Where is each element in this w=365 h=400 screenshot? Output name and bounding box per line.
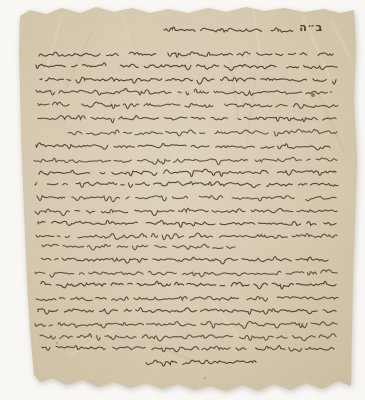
foxing-spot [204, 377, 207, 380]
foxing-spot [56, 342, 58, 344]
paper-grain-texture [0, 0, 365, 400]
foxing-spot [330, 91, 333, 94]
manuscript-scan: ב״ה [0, 0, 365, 400]
foxing-spot [311, 93, 315, 97]
header-opening-text: ב״ה [299, 21, 323, 34]
scan-background: Aged handwritten letter scan, Hebrew cur… [0, 0, 365, 400]
